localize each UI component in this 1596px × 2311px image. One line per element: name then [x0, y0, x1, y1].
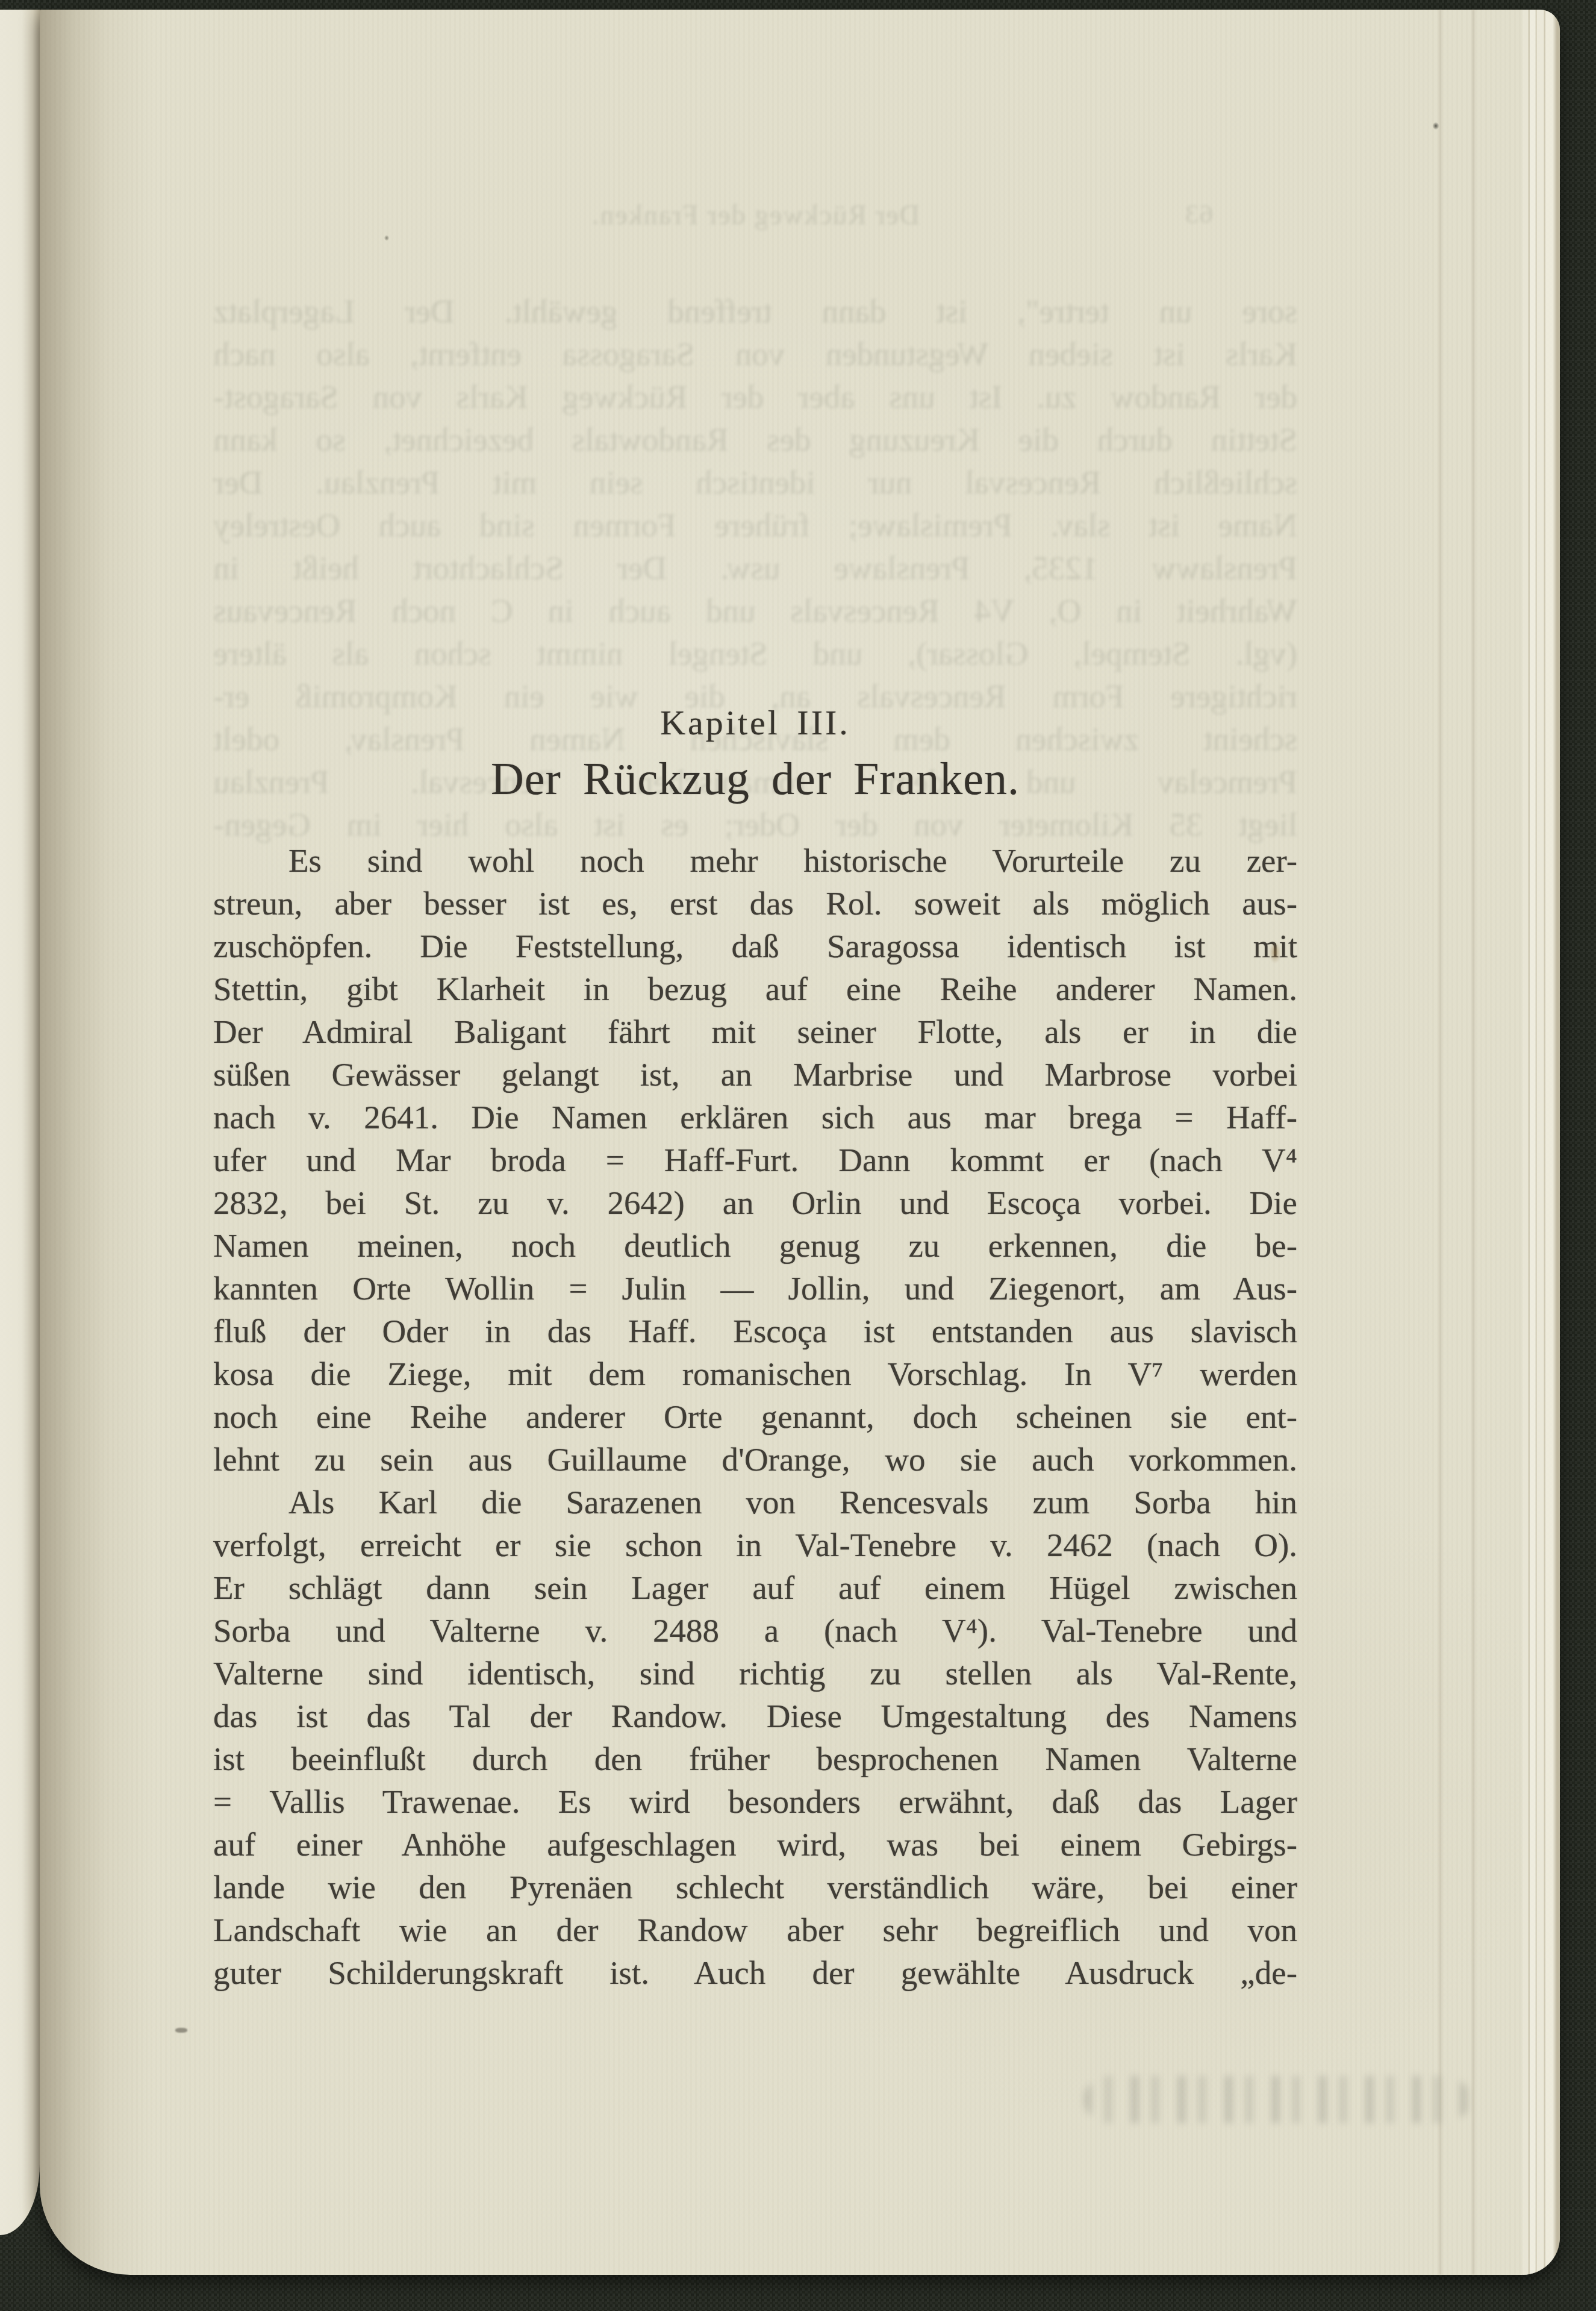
text-line: verfolgt, erreicht er sie schon in Val-T… [213, 1524, 1297, 1566]
text-line: Valterne sind identisch, sind richtig zu… [213, 1652, 1297, 1695]
paper-crease [1473, 10, 1474, 2275]
text-line: noch eine Reihe anderer Orte genannt, do… [213, 1395, 1297, 1438]
text-line: streun, aber besser ist es, erst das Rol… [213, 882, 1297, 925]
text-line: ufer und Mar broda = Haff-Furt. Dann kom… [213, 1139, 1297, 1181]
text-line: kosa die Ziege, mit dem romanischen Vors… [213, 1353, 1297, 1395]
text-line: guter Schilderungskraft ist. Auch der ge… [213, 1951, 1297, 1994]
text-line: süßen Gewässer gelangt ist, an Marbrise … [213, 1053, 1297, 1096]
paragraph-1: Es sind wohl noch mehr historische Vorur… [213, 839, 1297, 1481]
bleedthrough-smudge [1084, 2076, 1470, 2123]
text-line: ist beeinflußt durch den früher besproch… [213, 1737, 1297, 1780]
chapter-label: Kapitel III. [213, 702, 1297, 743]
text-line: Stettin, gibt Klarheit in bezug auf eine… [213, 968, 1297, 1010]
paper-crease [1439, 10, 1441, 2275]
text-line: kannten Orte Wollin = Julin — Jollin, un… [213, 1267, 1297, 1310]
text-line: Er schlägt dann sein Lager auf auf einem… [213, 1566, 1297, 1609]
text-line: = Vallis Trawenae. Es wird besonders erw… [213, 1780, 1297, 1823]
text-line: Als Karl die Sarazenen von Rencesvals zu… [213, 1481, 1297, 1524]
text-line: lande wie den Pyrenäen schlecht verständ… [213, 1866, 1297, 1909]
text-line: Sorba und Valterne v. 2488 a (nach V⁴). … [213, 1609, 1297, 1652]
page-content: Kapitel III. Der Rückzug der Franken. Es… [40, 10, 1560, 2275]
text-line: Landschaft wie an der Randow aber sehr b… [213, 1909, 1297, 1951]
chapter-title: Der Rückzug der Franken. [213, 753, 1297, 805]
body-text: Es sind wohl noch mehr historische Vorur… [213, 839, 1297, 1994]
paragraph-2: Als Karl die Sarazenen von Rencesvals zu… [213, 1481, 1297, 1994]
text-line: 2832, bei St. zu v. 2642) an Orlin und E… [213, 1181, 1297, 1224]
text-line: das ist das Tal der Randow. Diese Umgest… [213, 1695, 1297, 1737]
text-line: lehnt zu sein aus Guillaume d'Orange, wo… [213, 1438, 1297, 1481]
page-edge-stack [1523, 10, 1560, 2275]
text-line: fluß der Oder in das Haff. Escoça ist en… [213, 1310, 1297, 1353]
text-line: Es sind wohl noch mehr historische Vorur… [213, 839, 1297, 882]
scanned-book-spread: 63 Der Rückweg der Franken. sore un tert… [0, 0, 1596, 2311]
text-line: Namen meinen, noch deutlich genug zu erk… [213, 1224, 1297, 1267]
text-line: auf einer Anhöhe aufgeschlagen wird, was… [213, 1823, 1297, 1866]
text-line: nach v. 2641. Die Namen erklären sich au… [213, 1096, 1297, 1139]
previous-page-edge [0, 10, 40, 2235]
text-line: zuschöpfen. Die Feststellung, daß Sarago… [213, 925, 1297, 968]
book-page: 63 Der Rückweg der Franken. sore un tert… [40, 10, 1560, 2275]
text-line: Der Admiral Baligant fährt mit seiner Fl… [213, 1010, 1297, 1053]
